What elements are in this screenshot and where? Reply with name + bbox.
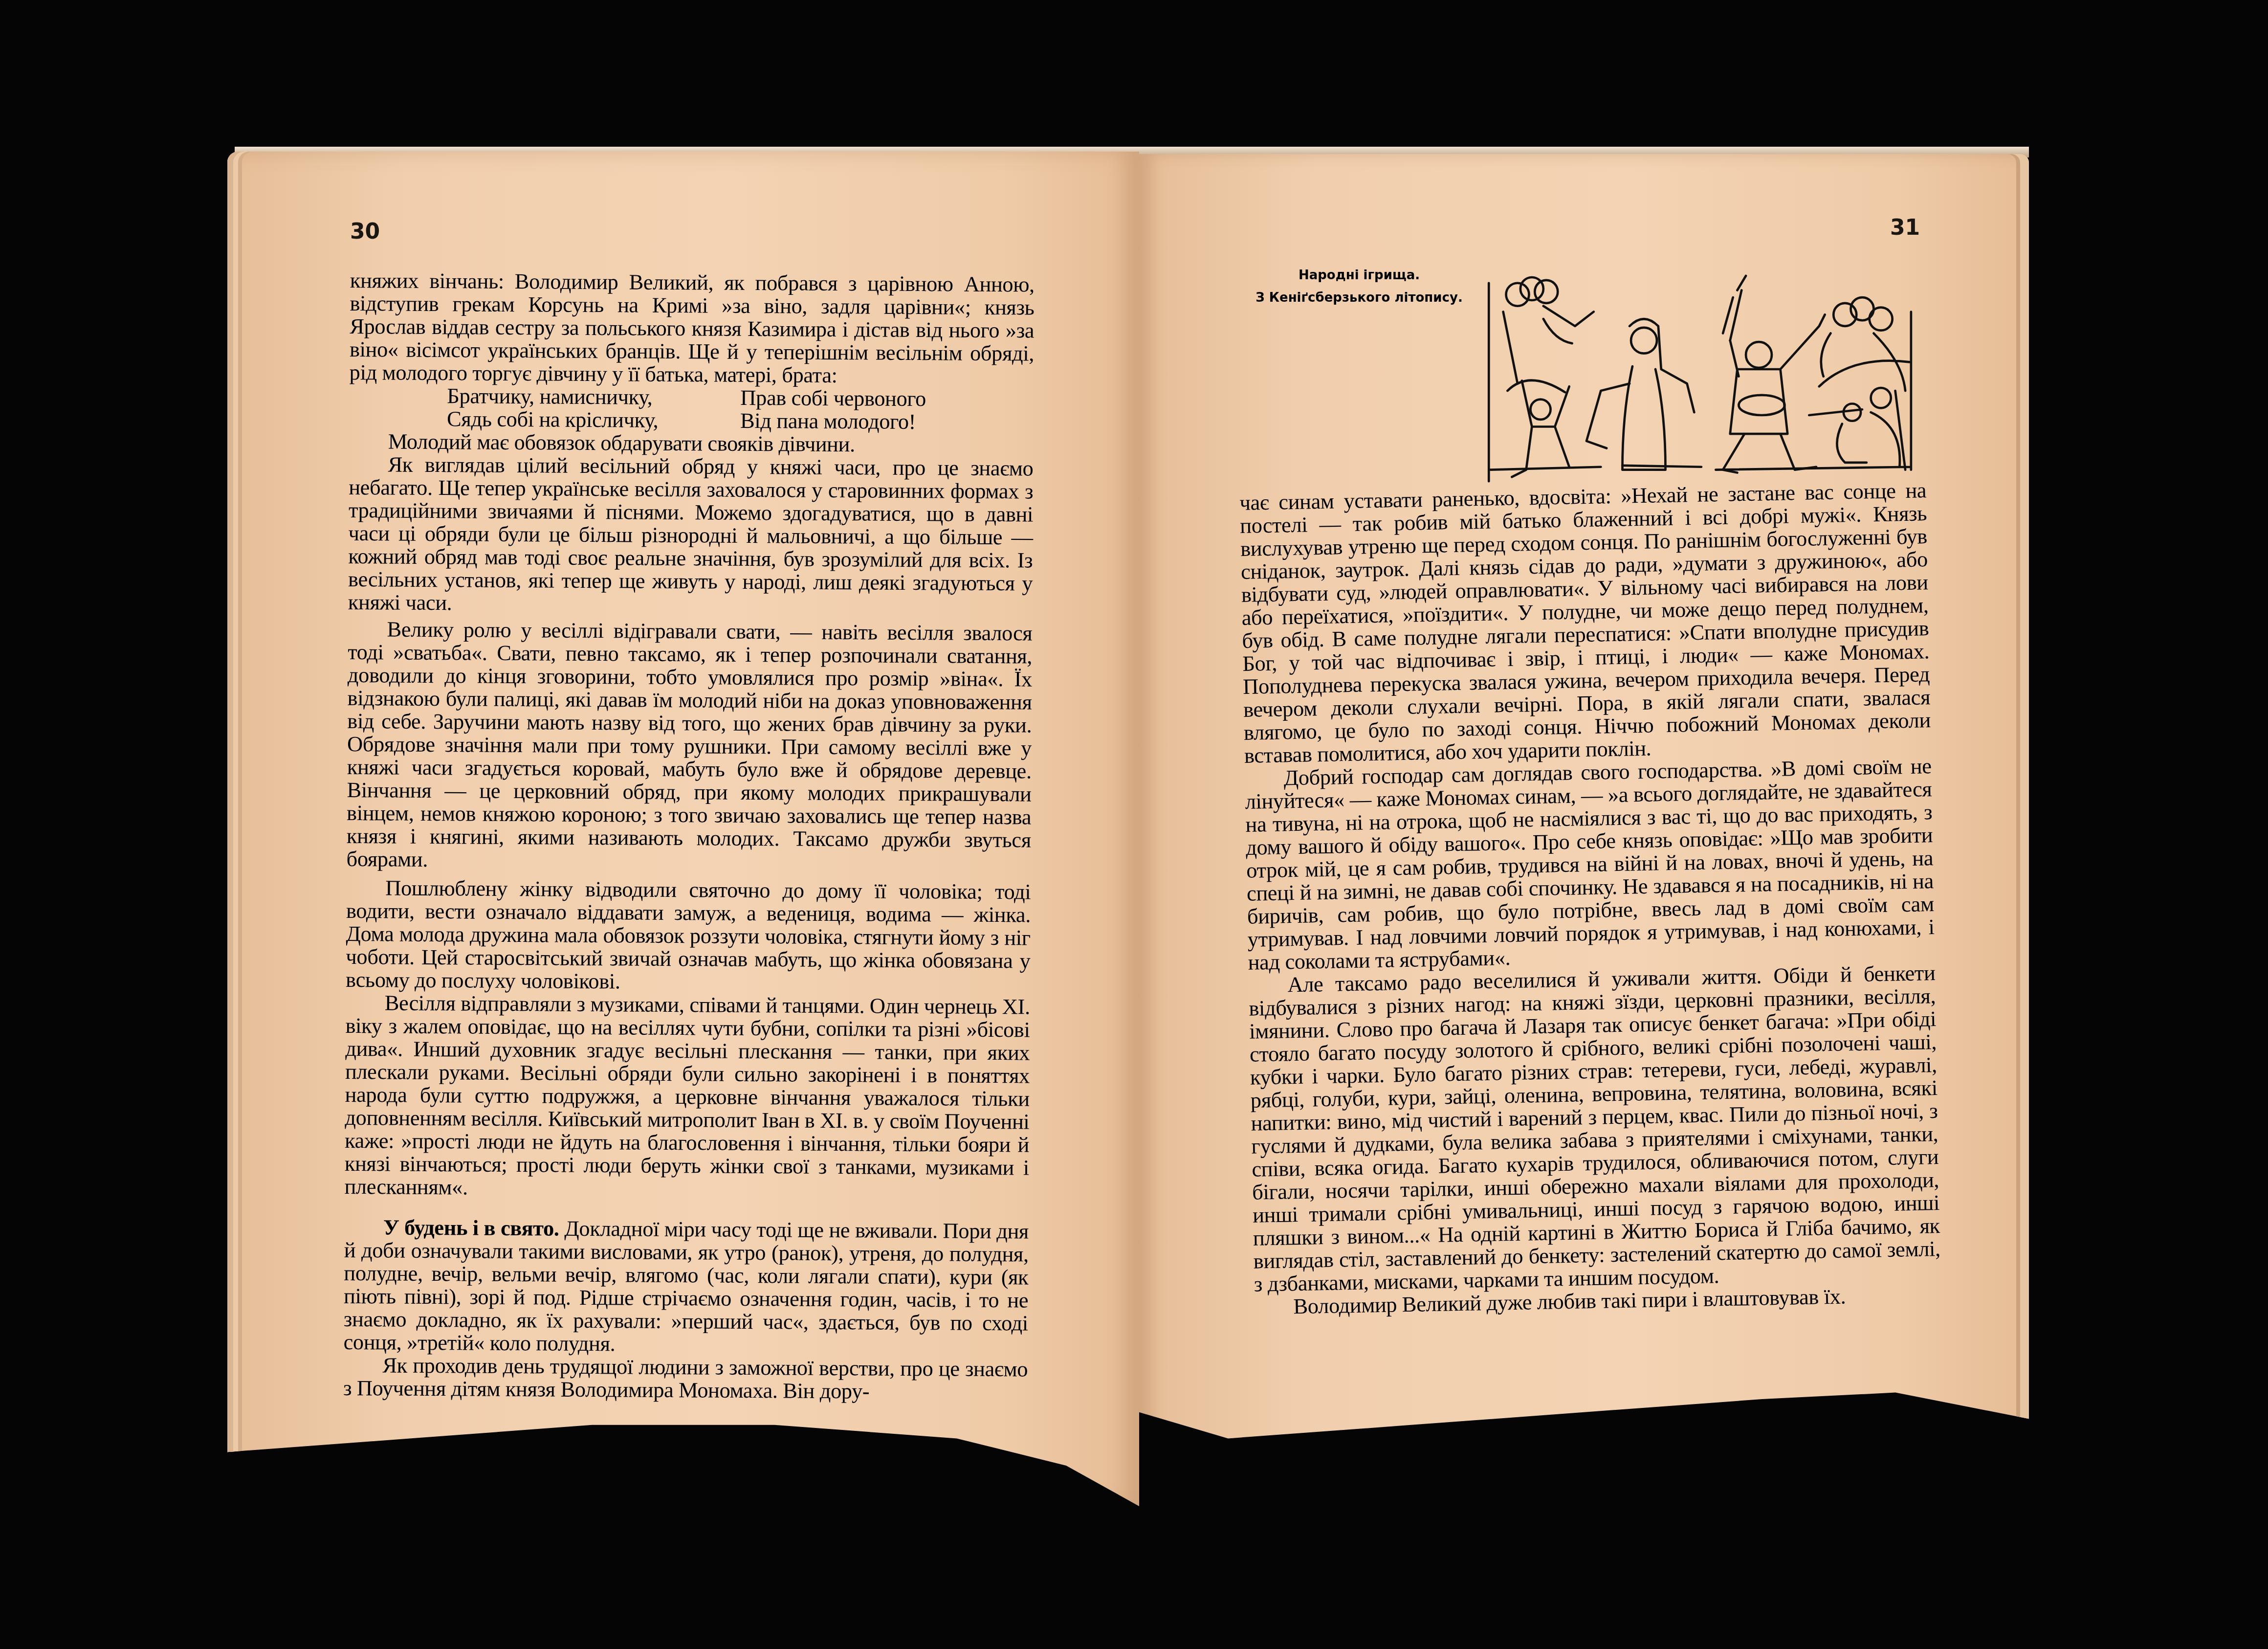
paragraph: княжих вінчань: Володимир Великий, як по… [350, 269, 1035, 388]
paragraph: Як проходив день трудящої людини з замож… [343, 1354, 1028, 1404]
right-page-number: 31 [1890, 215, 1920, 240]
paragraph: Велику ролю у весіллі відігравали свати,… [346, 618, 1032, 875]
caption-source: З Кеніґсберзького літопису. [1244, 287, 1474, 309]
open-book: 30 княжих вінчань: Володимир Великий, як… [0, 0, 2268, 1649]
paragraph: Але таксамо радо веселилися й уживали жи… [1248, 961, 1941, 1296]
paragraph: Добрий господар сам доглядав свого госпо… [1244, 755, 1935, 974]
section-heading: У будень і в свято. [383, 1215, 559, 1240]
paragraph: Як виглядав цілий весільний обряд у княж… [348, 453, 1034, 618]
verse-line: Прав собі червоного [740, 386, 936, 410]
caption-title: Народні ігрища. [1244, 264, 1474, 287]
dancers-engraving-icon [1481, 254, 1921, 484]
verse-block: Братчику, намисничку, Прав собі червоног… [349, 384, 1034, 434]
paragraph: Весілля відправляли з музиками, співами … [344, 991, 1030, 1203]
paragraph: чає синам уставати раненько, вдосвіта: »… [1239, 479, 1931, 767]
verse-line: Від пана молодого! [740, 409, 936, 433]
paragraph: Пошлюблену жінку відводили святочно до д… [346, 876, 1031, 996]
verse-line: Сядь собі на крісличку, [447, 407, 740, 432]
left-page-body: княжих вінчань: Володимир Великий, як по… [343, 269, 1035, 1404]
left-page-number: 30 [350, 219, 380, 244]
illustration-caption: Народні ігрища. З Кеніґсберзького літопи… [1244, 264, 1474, 309]
verse-line: Братчику, намисничку, [447, 384, 740, 409]
right-page-body: чає синам уставати раненько, вдосвіта: »… [1239, 479, 1941, 1318]
